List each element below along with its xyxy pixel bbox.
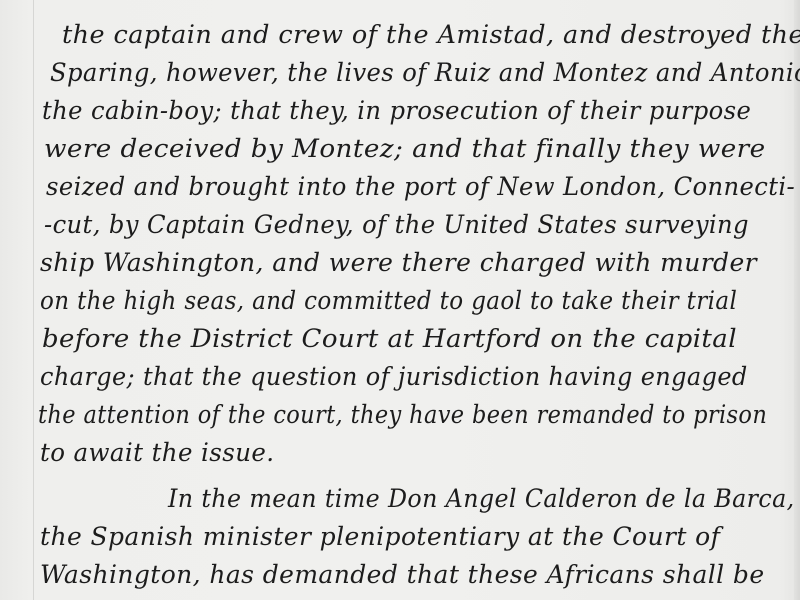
text-line-1: the captain and crew of the Amistad, and… bbox=[62, 20, 800, 49]
text-line-3: the cabin-boy; that they, in prosecution… bbox=[42, 96, 751, 125]
text-line-5: seized and brought into the port of New … bbox=[46, 172, 795, 201]
text-line-15: Washington, has demanded that these Afri… bbox=[40, 560, 765, 589]
text-line-12: to await the issue. bbox=[40, 438, 274, 467]
text-line-6: -cut, by Captain Gedney, of the United S… bbox=[44, 210, 749, 239]
manuscript-page: the captain and crew of the Amistad, and… bbox=[0, 0, 800, 600]
text-line-9: before the District Court at Hartford on… bbox=[42, 324, 737, 353]
text-line-10: charge; that the question of jurisdictio… bbox=[40, 362, 748, 391]
text-line-7: ship Washington, and were there charged … bbox=[40, 248, 757, 277]
margin-line bbox=[33, 0, 34, 600]
text-line-13-paragraph-start: In the mean time Don Angel Calderon de l… bbox=[168, 484, 795, 513]
text-line-8: on the high seas, and committed to gaol … bbox=[40, 286, 737, 315]
text-line-14: the Spanish minister plenipotentiary at … bbox=[40, 522, 720, 551]
text-line-4: were deceived by Montez; and that finall… bbox=[44, 134, 766, 163]
text-line-2: Sparing, however, the lives of Ruiz and … bbox=[50, 58, 800, 87]
text-line-11: the attention of the court, they have be… bbox=[38, 400, 767, 429]
